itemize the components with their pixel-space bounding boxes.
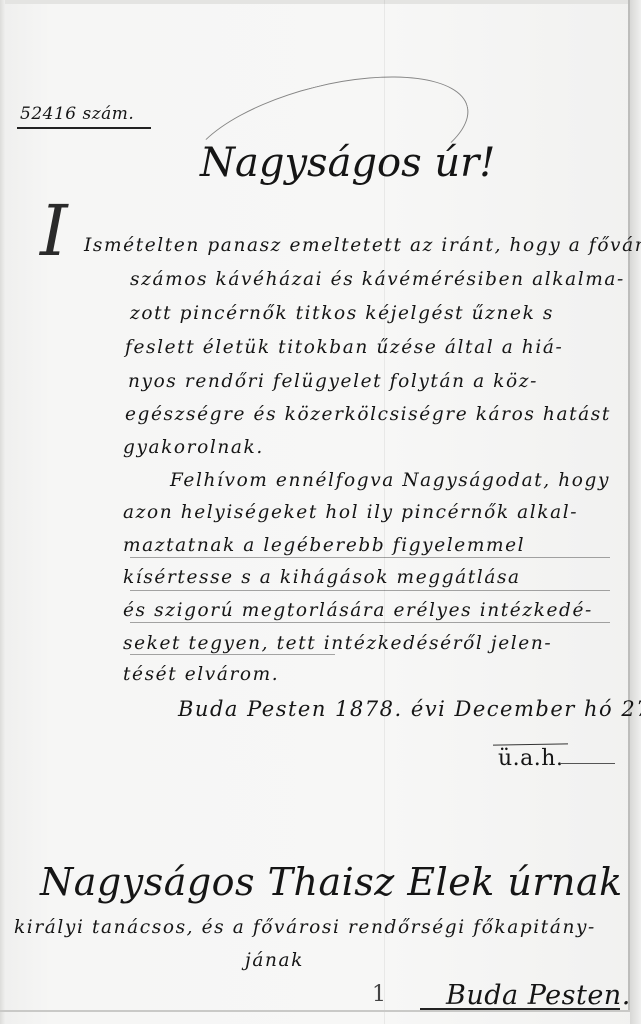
pencil-mark: 1 — [372, 982, 387, 1007]
initials-underline — [560, 763, 615, 764]
body-line: azon helyiségeket hol ily pincérnők alka… — [123, 502, 578, 523]
dateline: Buda Pesten 1878. évi December hó 27. — [178, 697, 641, 721]
pencil-underline — [130, 557, 610, 558]
body-line: Ismételten panasz emeltetett az iránt, h… — [84, 235, 641, 256]
page-left-edge — [0, 0, 5, 1024]
body-line: Felhívom ennélfogva Nagyságodat, hogy — [170, 470, 610, 491]
body-line: feslett életük titokban űzése által a hi… — [125, 337, 563, 358]
body-line: kísértesse s a kihágások meggátlása — [123, 567, 521, 588]
body-line: és szigorú megtorlására erélyes intézked… — [123, 600, 593, 621]
body-line: számos kávéházai és kávémérésiben alkalm… — [130, 269, 625, 290]
reference-underline — [17, 127, 151, 129]
addressee-place: Buda Pesten. — [446, 980, 631, 1011]
page-right-shadow — [630, 0, 641, 1024]
body-line: zott pincérnők titkos kéjelgést űznek s — [130, 303, 554, 324]
letter-page: 52416 szám. Nagyságos úr! I Ismételten p… — [0, 0, 641, 1024]
addressee-name: Nagyságos Thaisz Elek úrnak — [40, 860, 623, 904]
pencil-underline — [130, 622, 610, 623]
body-line: nyos rendőri felügyelet folytán a köz- — [128, 371, 538, 392]
pencil-underline — [130, 590, 610, 591]
salutation: Nagyságos úr! — [200, 140, 495, 186]
addressee-title-continuation: jának — [245, 950, 304, 971]
reference-number: 52416 szám. — [20, 104, 134, 124]
place-underline — [420, 1008, 620, 1010]
body-line: maztatnak a legéberebb figyelemmel — [123, 535, 525, 556]
pencil-underline — [130, 654, 335, 655]
body-line: seket tegyen, tett intézkedéséről jelen- — [123, 633, 552, 654]
decorative-initial: I — [40, 190, 68, 272]
body-line: egészségre és közerkölcsiségre káros hat… — [125, 404, 611, 425]
body-line: gyakorolnak. — [123, 437, 264, 458]
signature-initials: ü.a.h. — [498, 746, 563, 771]
body-line: tését elvárom. — [123, 664, 279, 685]
addressee-title: királyi tanácsos, és a fővárosi rendőrsé… — [14, 917, 596, 938]
page-top-edge — [0, 0, 641, 4]
